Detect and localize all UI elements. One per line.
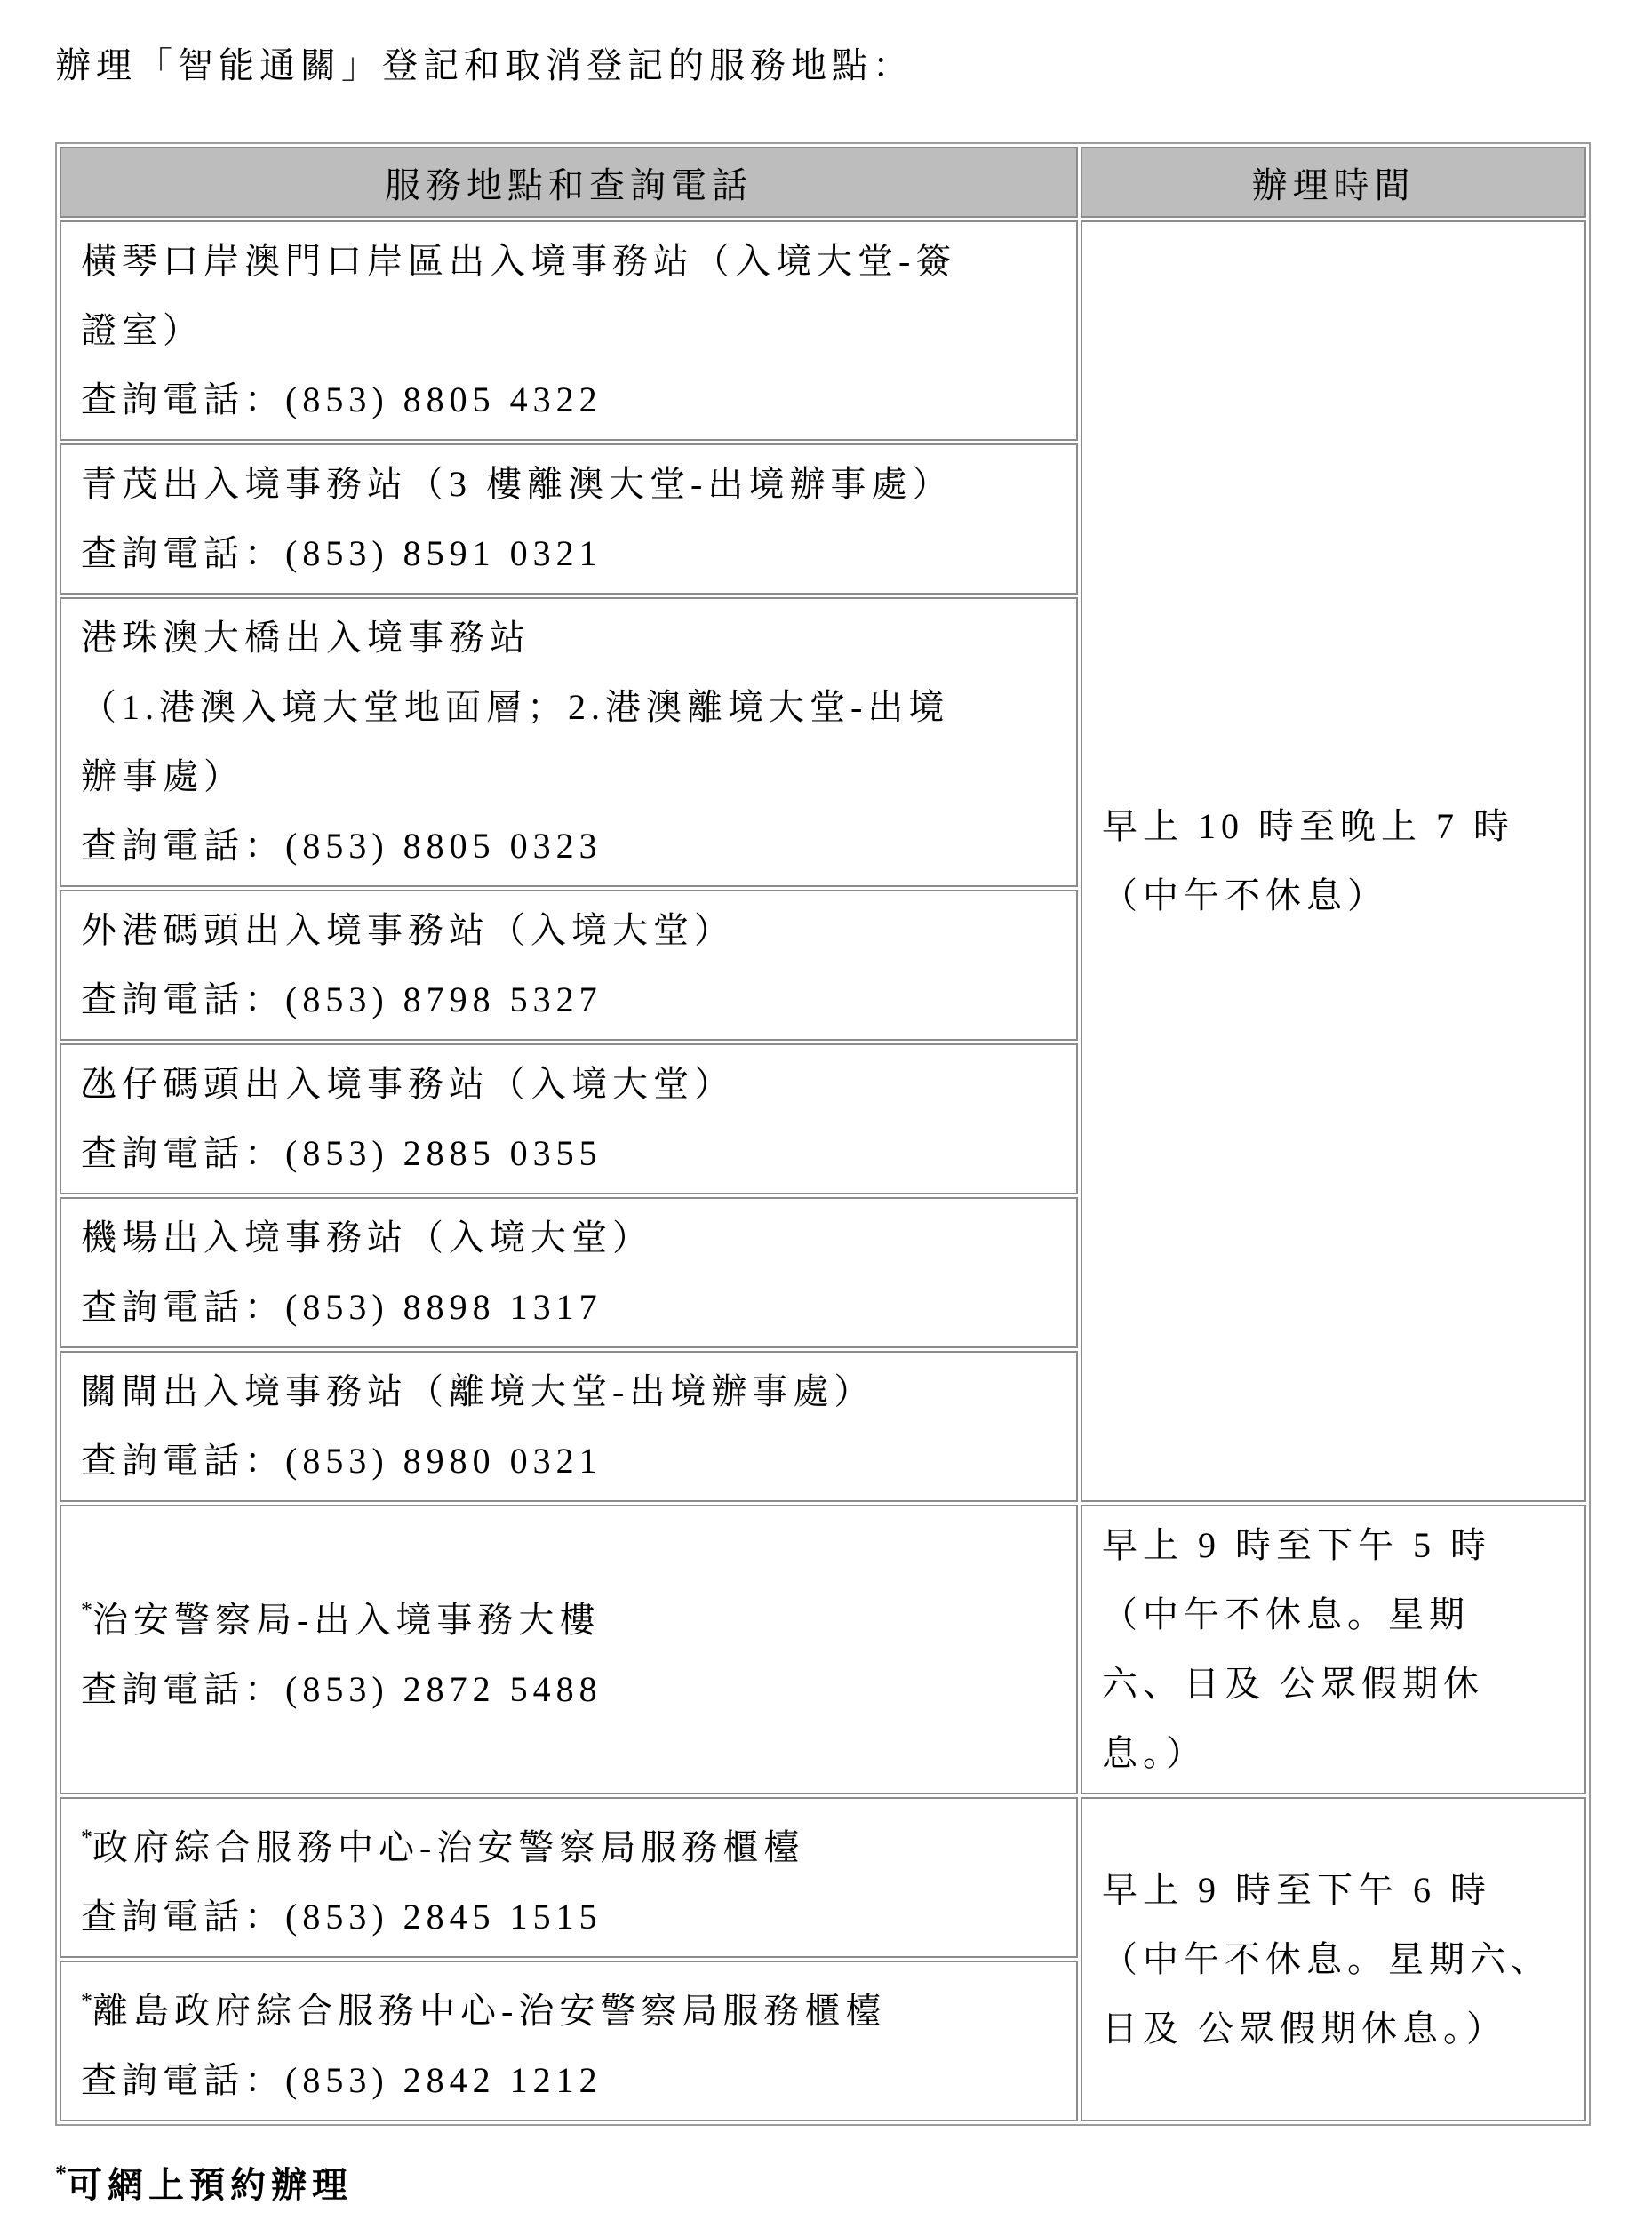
location-text: 橫琴口岸澳門口岸區出入境事務站（入境大堂-簽 證室） 查詢電話：(853) 88… xyxy=(81,241,956,419)
online-booking-asterisk: * xyxy=(81,1576,92,1645)
hours-text: 早上 9 時至下午 6 時 （中午不休息。星期六、 日及 公眾假期休息。） xyxy=(1102,1870,1552,2049)
footnote: *可網上預約辦理 xyxy=(55,2149,1599,2210)
hours-cell-group1: 早上 10 時至晚上 7 時 （中午不休息） xyxy=(1081,220,1586,1502)
location-cell: *治安警察局-出入境事務大樓 查詢電話：(853) 2872 5488 xyxy=(60,1505,1078,1794)
location-text: 治安警察局-出入境事務大樓 查詢電話：(853) 2872 5488 xyxy=(81,1600,603,1709)
hours-text: 早上 10 時至晚上 7 時 （中午不休息） xyxy=(1102,806,1514,915)
table-row: *政府綜合服務中心-治安警察局服務櫃檯 查詢電話：(853) 2845 1515… xyxy=(60,1797,1586,1958)
location-cell: 橫琴口岸澳門口岸區出入境事務站（入境大堂-簽 證室） 查詢電話：(853) 88… xyxy=(60,220,1078,441)
location-cell: 氹仔碼頭出入境事務站（入境大堂） 查詢電話：(853) 2885 0355 xyxy=(60,1043,1078,1194)
location-cell: 外港碼頭出入境事務站（入境大堂） 查詢電話：(853) 8798 5327 xyxy=(60,890,1078,1041)
document-page: 辦理「智能通關」登記和取消登記的服務地點： 服務地點和查詢電話 辦理時間 橫琴口… xyxy=(0,0,1652,2237)
location-cell: 機場出入境事務站（入境大堂） 查詢電話：(853) 8898 1317 xyxy=(60,1197,1078,1348)
location-text: 政府綜合服務中心-治安警察局服務櫃檯 查詢電話：(853) 2845 1515 xyxy=(81,1827,804,1937)
page-title: 辦理「智能通關」登記和取消登記的服務地點： xyxy=(55,41,1599,91)
location-cell: 港珠澳大橋出入境事務站 （1.港澳入境大堂地面層；2.港澳離境大堂-出境 辦事處… xyxy=(60,597,1078,887)
location-text: 氹仔碼頭出入境事務站（入境大堂） 查詢電話：(853) 2885 0355 xyxy=(81,1064,735,1173)
location-text: 港珠澳大橋出入境事務站 （1.港澳入境大堂地面層；2.港澳離境大堂-出境 辦事處… xyxy=(81,618,949,866)
location-cell: 關閘出入境事務站（離境大堂-出境辦事處） 查詢電話：(853) 8980 032… xyxy=(60,1351,1078,1502)
location-text: 關閘出入境事務站（離境大堂-出境辦事處） 查詢電話：(853) 8980 032… xyxy=(81,1371,874,1481)
service-locations-table: 服務地點和查詢電話 辦理時間 橫琴口岸澳門口岸區出入境事務站（入境大堂-簽 證室… xyxy=(55,142,1591,2126)
hours-cell-group3: 早上 9 時至下午 6 時 （中午不休息。星期六、 日及 公眾假期休息。） xyxy=(1081,1797,1586,2121)
table-row: *治安警察局-出入境事務大樓 查詢電話：(853) 2872 5488 早上 9… xyxy=(60,1505,1586,1794)
table-row: 橫琴口岸澳門口岸區出入境事務站（入境大堂-簽 證室） 查詢電話：(853) 88… xyxy=(60,220,1586,441)
footnote-asterisk: * xyxy=(55,2149,67,2199)
online-booking-asterisk: * xyxy=(81,1803,92,1873)
header-hours: 辦理時間 xyxy=(1081,147,1586,218)
location-cell: *政府綜合服務中心-治安警察局服務櫃檯 查詢電話：(853) 2845 1515 xyxy=(60,1797,1078,1958)
footnote-text: 可網上預約辦理 xyxy=(67,2165,353,2205)
location-text: 青茂出入境事務站（3 樓離澳大堂-出境辦事處） 查詢電話：(853) 8591 … xyxy=(81,464,953,573)
hours-text: 早上 9 時至下午 5 時 （中午不休息。星期 六、日及 公眾假期休 息。） xyxy=(1102,1525,1491,1773)
table-header-row: 服務地點和查詢電話 辦理時間 xyxy=(60,147,1586,218)
location-text: 機場出入境事務站（入境大堂） 查詢電話：(853) 8898 1317 xyxy=(81,1218,653,1327)
location-cell: *離島政府綜合服務中心-治安警察局服務櫃檯 查詢電話：(853) 2842 12… xyxy=(60,1961,1078,2121)
location-cell: 青茂出入境事務站（3 樓離澳大堂-出境辦事處） 查詢電話：(853) 8591 … xyxy=(60,443,1078,595)
online-booking-asterisk: * xyxy=(81,1967,92,2036)
header-location: 服務地點和查詢電話 xyxy=(60,147,1078,218)
location-text: 外港碼頭出入境事務站（入境大堂） 查詢電話：(853) 8798 5327 xyxy=(81,910,735,1019)
hours-cell-group2: 早上 9 時至下午 5 時 （中午不休息。星期 六、日及 公眾假期休 息。） xyxy=(1081,1505,1586,1794)
location-text: 離島政府綜合服務中心-治安警察局服務櫃檯 查詢電話：(853) 2842 121… xyxy=(81,1991,886,2100)
